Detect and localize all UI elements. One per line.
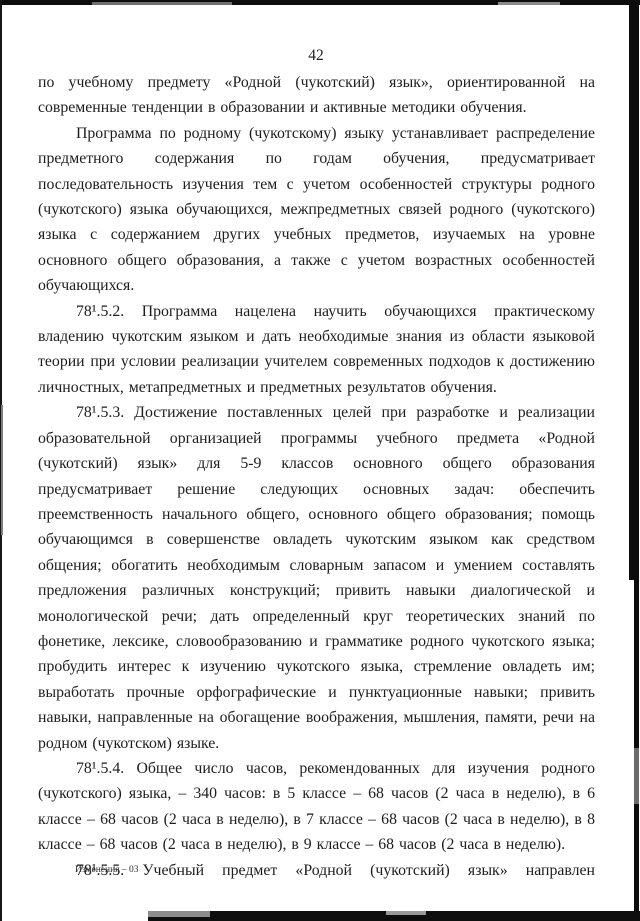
- scan-edge-bottom-gray: [386, 911, 426, 915]
- scan-edge-bottom-gray: [148, 911, 210, 917]
- scan-edge-right-gray: [634, 748, 639, 804]
- paragraph: 78¹.5.3. Достижение поставленных целей п…: [38, 400, 595, 756]
- scan-edge-left-gray: [1, 405, 3, 535]
- paragraph: 78¹.5.4. Общее число часов, рекомендован…: [38, 756, 595, 858]
- page-number: 42: [38, 48, 594, 64]
- scan-edge-right: [629, 0, 639, 580]
- paragraph: Программа по родному (чукотскому) языку …: [38, 121, 595, 299]
- paragraph: по учебному предмету «Родной (чукотский)…: [38, 70, 595, 121]
- paragraph: 78¹.5.2. Программа нацелена научить обуч…: [38, 299, 595, 401]
- scan-edge-top-gray: [498, 2, 560, 5]
- document-page: 42 по учебному предмету «Родной (чукотск…: [0, 0, 640, 921]
- footer-revision-note: Изменения – 03: [75, 865, 139, 876]
- document-body: по учебному предмету «Родной (чукотский)…: [38, 70, 595, 883]
- scan-edge-top-gray: [92, 2, 232, 5]
